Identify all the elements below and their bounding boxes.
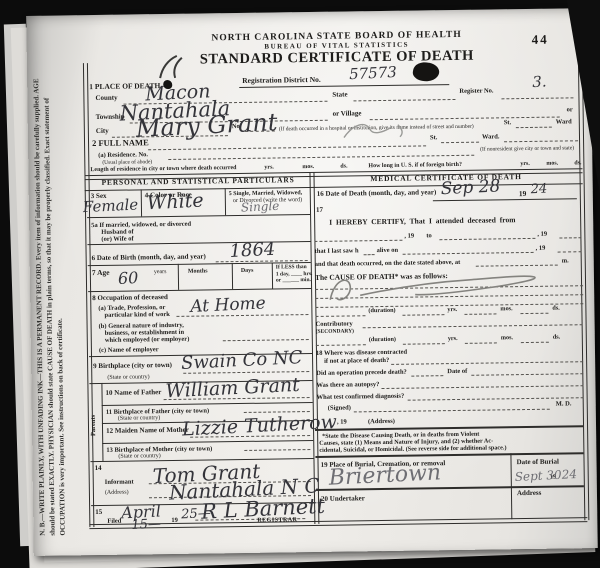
- registrar-signature: R L Barnett: [201, 496, 326, 523]
- occ-a-2: particular kind of work: [104, 311, 170, 319]
- blank-line: [364, 253, 375, 255]
- footnote-rule: [315, 425, 583, 430]
- comma-19-a: , 19: [404, 233, 414, 240]
- signed-address-note: (Address): [368, 418, 395, 426]
- autopsy-label: Was there an autopsy?: [316, 381, 379, 389]
- register-no-label: Register No.: [459, 87, 493, 95]
- register-no-value: 3.: [532, 74, 547, 90]
- reg-district-label: Registration District No.: [242, 76, 321, 85]
- duration-mos-2: mos.: [501, 335, 513, 342]
- duration-ds-1: ds.: [552, 306, 560, 313]
- foreign-ds: ds.: [574, 160, 581, 167]
- signed-19: , 19: [337, 419, 347, 426]
- register-no-line: [501, 96, 573, 99]
- comma-19-b: , 19: [537, 231, 547, 238]
- duration-yrs-1: yrs.: [447, 307, 457, 314]
- length-mos: mos.: [302, 164, 314, 171]
- informant-label: Informant: [105, 479, 134, 487]
- faint-name-scrawl: [340, 119, 412, 144]
- city-label: City: [96, 128, 109, 136]
- birthplace-label: 9 Birthplace (city or town): [93, 362, 172, 371]
- mother-bp-note: (State or country): [118, 453, 160, 460]
- row-line: [102, 402, 313, 406]
- full-name-line: [148, 144, 426, 150]
- certificate-page: N. B.—WRITE PLAINLY, WITH UNFADING INK—T…: [26, 8, 597, 556]
- foreign-yrs: yrs.: [520, 161, 530, 168]
- occ-a-value: At Home: [190, 295, 266, 316]
- foreign-label: How long in U. S. if of foreign birth?: [368, 162, 462, 170]
- dod-year-printed: 19: [519, 190, 527, 198]
- death-occurred-text: and that death occurred, on the date sta…: [315, 259, 461, 268]
- nonresident-note: (If nonresident give city or town and st…: [480, 145, 574, 152]
- row-line: [102, 440, 313, 444]
- column-divider: [309, 172, 319, 524]
- duration-line: [316, 343, 366, 346]
- state-label: State: [332, 91, 347, 99]
- blank-line: [558, 250, 582, 252]
- age-less-1: If LESS than: [276, 264, 307, 270]
- alive-on-text: alive on: [377, 247, 399, 254]
- blank-line: [403, 251, 534, 255]
- foreign-mos: mos.: [546, 161, 558, 168]
- right-border: [578, 56, 589, 520]
- blank-line: [381, 384, 583, 389]
- md-label: M. D.: [556, 400, 572, 407]
- sheet-number: 44: [532, 33, 549, 48]
- dod-value: Sep 28: [440, 178, 500, 198]
- age-less-3: or ______ min.: [276, 277, 311, 284]
- dod-label: 16 Date of Death (month, day, and year): [317, 189, 437, 198]
- date-of-label: Date of: [447, 368, 467, 375]
- burial-date-label: Date of Burial: [516, 459, 558, 467]
- to-label: to: [426, 232, 432, 239]
- where-contracted-2: if not at place of death?: [324, 357, 389, 365]
- duration-line: [315, 314, 365, 317]
- st-label: St.: [504, 119, 512, 126]
- filed-label: Filed: [107, 518, 121, 525]
- blank-line: [314, 239, 402, 242]
- duration-yrs-2: yrs.: [448, 336, 458, 343]
- comma-19-c: , 19: [536, 245, 546, 252]
- burial-date-value: Sept 30: [514, 469, 561, 483]
- ink-dot: [163, 80, 172, 89]
- duration-line: [402, 313, 444, 316]
- contributory-line: [363, 323, 583, 328]
- length-ds: ds.: [340, 163, 347, 170]
- mother-bp-line: [244, 448, 310, 451]
- blank-line: [391, 360, 583, 365]
- blank-line: [471, 372, 583, 376]
- residence-label: (a) Residence. No.: [98, 151, 148, 159]
- dod-year: 24: [530, 182, 547, 196]
- dob-value: 1864: [229, 241, 276, 261]
- or-label: or: [567, 106, 573, 113]
- filed-number: 15: [95, 509, 102, 517]
- duration-line: [521, 341, 549, 343]
- marital-value: Single: [241, 200, 280, 214]
- village-label: or Village: [333, 110, 362, 118]
- residence-line: [168, 154, 474, 160]
- duration-mos-1: mos.: [500, 306, 512, 313]
- age-label: 7 Age: [92, 269, 110, 277]
- personal-header: PERSONAL AND STATISTICAL PARTICULARS: [87, 176, 310, 187]
- operation-label: Did an operation precede death?: [316, 369, 407, 377]
- blank-line: [439, 237, 535, 240]
- undertaker-label: 20 Undertaker: [321, 495, 365, 503]
- st-line: [516, 126, 552, 129]
- birthplace-value: Swain Co NC: [181, 349, 303, 373]
- cell-divider: [232, 263, 233, 289]
- margin-instructions: N. B.—WRITE PLAINLY, WITH UNFADING INK—T…: [31, 61, 88, 536]
- cause-of-death-scrawl: [320, 267, 561, 308]
- age-days-label: Days: [241, 268, 254, 275]
- cell-divider: [225, 188, 226, 215]
- county-label: County: [95, 95, 117, 103]
- abode-note: (Usual place of abode): [102, 159, 152, 166]
- note5a-3: (or) Wife of: [101, 235, 133, 243]
- parents-label: Parents: [90, 397, 101, 453]
- birthplace-note: (State or country): [107, 374, 149, 381]
- blank-line: [411, 374, 443, 376]
- duration-ds-2: ds.: [553, 335, 561, 342]
- residence-ward-label: Ward.: [482, 133, 500, 140]
- row-line: [87, 214, 310, 218]
- burial-value: Briertown: [328, 462, 441, 489]
- informant-number: 14: [95, 465, 102, 473]
- state-line: [353, 98, 455, 101]
- age-months-label: Months: [188, 268, 208, 275]
- filed-year-printed: 19: [171, 517, 178, 524]
- certify-number: 17: [316, 207, 323, 215]
- full-name-value: Mary Grant: [135, 110, 278, 141]
- race-value: White: [146, 192, 204, 214]
- residence-st-line: [441, 141, 479, 144]
- occ-b-3: which employed (or employer): [105, 336, 190, 344]
- scanned-death-certificate: N. B.—WRITE PLAINLY, WITH UNFADING INK—T…: [0, 0, 600, 568]
- cell-divider: [272, 263, 273, 289]
- age-years-label: years: [154, 269, 167, 276]
- occ-c: (c) Name of employer: [99, 346, 159, 354]
- where-contracted-1: 18 Where was disease contracted: [316, 349, 407, 357]
- duration-line: [403, 342, 445, 345]
- filed-day: 15—: [131, 518, 161, 532]
- stray-pen-mark: [147, 52, 193, 81]
- length-yrs: yrs.: [264, 165, 274, 172]
- informant-address-label: (Address): [105, 490, 129, 497]
- dod-underline: [433, 198, 577, 201]
- duration-label-1: (duration): [368, 308, 395, 315]
- age-value: 60: [118, 270, 139, 287]
- duration-line: [520, 312, 548, 314]
- occ-b-line: [223, 338, 309, 341]
- cell-divider: [141, 189, 142, 216]
- burial-year: 24: [561, 468, 577, 481]
- occupation-label: 8 Occupation of deceased: [92, 294, 168, 303]
- bottom-border: [89, 517, 587, 529]
- test-label: What test confirmed diagnosis?: [317, 393, 405, 401]
- duration-line: [464, 312, 496, 314]
- residence-ward-line: [504, 139, 578, 142]
- residence-st-label: St.: [430, 134, 438, 141]
- certify-text: I HEREBY CERTIFY, That I attended deceas…: [329, 216, 515, 227]
- m-label: m.: [562, 257, 569, 264]
- duration-line: [465, 341, 497, 343]
- secondary-label: (SECONDARY): [316, 328, 354, 335]
- contributory-label: Contributory: [316, 320, 353, 328]
- dob-label: 6 Date of Birth (month, day, and year): [92, 253, 206, 262]
- mother-label: 12 Maiden Name of Mother: [106, 427, 189, 436]
- blank-line: [559, 236, 581, 238]
- father-bp-note: (State or country): [118, 415, 160, 422]
- sex-value: Female: [83, 197, 139, 215]
- ward-label: Ward: [556, 118, 572, 125]
- last-saw-text: that I last saw h: [315, 247, 359, 255]
- signed-line: [354, 408, 550, 413]
- father-label: 10 Name of Father: [105, 389, 161, 397]
- cell-divider: [178, 264, 179, 290]
- duration-label-2: (duration): [369, 337, 396, 344]
- row-line: [88, 288, 311, 292]
- reg-district-value: 57573: [349, 65, 397, 82]
- undertaker-address-label: Address: [517, 490, 541, 498]
